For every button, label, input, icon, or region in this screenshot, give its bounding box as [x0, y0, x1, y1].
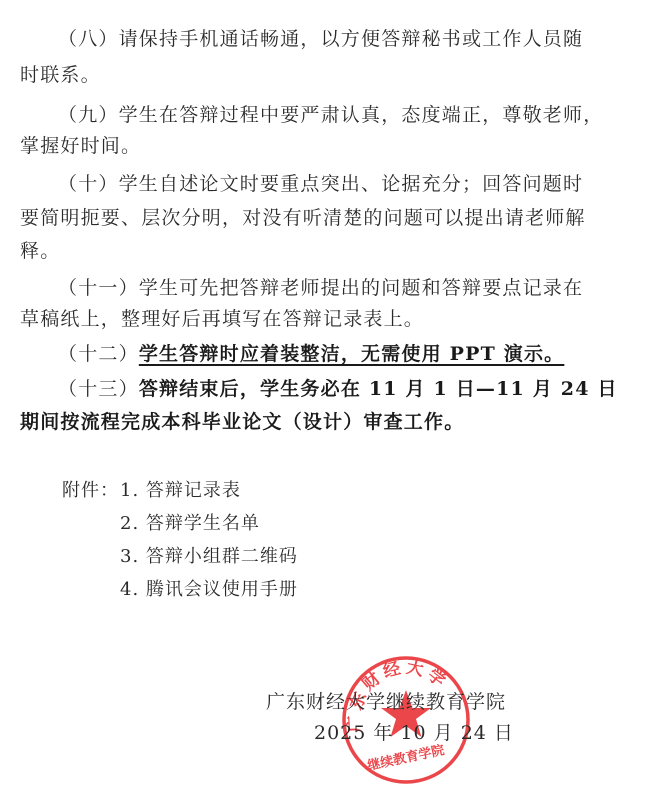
paragraph-12-prefix: （十二） [58, 343, 139, 365]
official-seal-stamp: 广东财经大学 继续教育学院 [340, 654, 472, 786]
paragraph-13-text: 答辩结束后，学生务必在 11 月 1 日—11 月 24 日 [139, 378, 618, 400]
paragraph-10-line-1: （十）学生自述论文时要重点突出、论据充分；回答问题时 [58, 173, 583, 195]
paragraph-8-line-1: （八）请保持手机通话畅通，以方便答辩秘书或工作人员随 [58, 28, 583, 50]
paragraph-11-line-1: （十一）学生可先把答辩老师提出的问题和答辩要点记录在 [58, 277, 583, 299]
attachment-item-4: 4. 腾讯会议使用手册 [120, 579, 298, 601]
paragraph-13-prefix: （十三） [58, 378, 139, 400]
attachments-label: 附件： [62, 480, 119, 502]
paragraph-10-line-3: 释。 [20, 240, 60, 262]
paragraph-13-line-2: 期间按流程完成本科毕业论文（设计）审查工作。 [20, 411, 464, 433]
paragraph-12-emphasis: 学生答辩时应着装整洁，无需使用 PPT 演示。 [139, 343, 565, 365]
attachment-item-2: 2. 答辩学生名单 [120, 513, 260, 535]
attachment-item-1: 1. 答辩记录表 [120, 480, 241, 502]
paragraph-11-line-2: 草稿纸上，整理好后再填写在答辩记录表上。 [20, 308, 424, 330]
paragraph-13-line-1: （十三）答辩结束后，学生务必在 11 月 1 日—11 月 24 日 [58, 378, 618, 400]
paragraph-9-line-2: 掌握好时间。 [20, 135, 141, 157]
paragraph-9-line-1: （九）学生在答辩过程中要严肃认真，态度端正，尊敬老师， [58, 104, 603, 126]
stamp-bottom-text: 继续教育学院 [366, 742, 446, 774]
paragraph-12: （十二）学生答辩时应着装整洁，无需使用 PPT 演示。 [58, 343, 564, 365]
paragraph-8-line-2: 时联系。 [20, 64, 101, 86]
attachment-item-3: 3. 答辩小组群二维码 [120, 546, 298, 568]
paragraph-10-line-2: 要简明扼要、层次分明，对没有听清楚的问题可以提出请老师解 [20, 207, 586, 229]
document-page: （八）请保持手机通话畅通，以方便答辩秘书或工作人员随 时联系。 （九）学生在答辩… [0, 0, 650, 803]
signature-organization: 广东财经大学继续教育学院 [266, 691, 506, 713]
signature-date: 2025 年 10 月 24 日 [314, 722, 514, 744]
